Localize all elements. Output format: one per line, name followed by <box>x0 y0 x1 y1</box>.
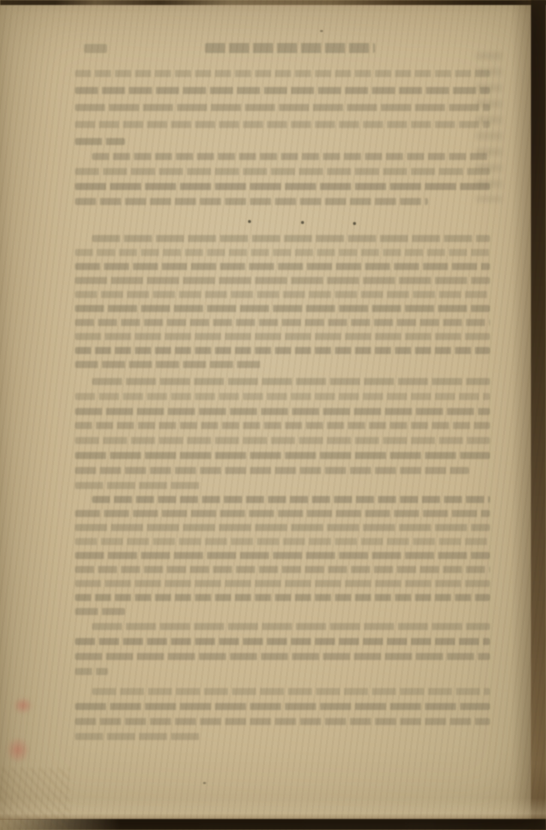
bottom-left-corner-wear <box>0 768 70 830</box>
faded-text-line <box>92 623 490 630</box>
faded-text-line <box>75 138 125 145</box>
faded-text-line <box>75 87 490 94</box>
faded-text-line <box>75 524 490 531</box>
faded-text-line <box>75 277 490 284</box>
red-smudge-mark <box>6 737 30 763</box>
faded-text-line <box>75 580 490 587</box>
faded-text-line <box>75 668 108 675</box>
faded-text-line <box>92 496 490 503</box>
page-right-inner-shadow <box>511 0 533 830</box>
faded-text-line <box>75 718 490 725</box>
faded-text-line <box>75 408 490 415</box>
faded-text-line <box>75 361 262 368</box>
faded-text-line <box>75 510 490 517</box>
red-smudge-mark <box>13 697 33 714</box>
faded-text-line <box>75 452 490 459</box>
page-number-faded <box>84 44 107 53</box>
faded-text-line <box>75 594 490 601</box>
faded-text-line <box>75 319 490 326</box>
scanned-book-page <box>0 0 546 830</box>
faded-text-line <box>75 566 490 573</box>
page-top-edge-shadow <box>0 0 546 5</box>
faded-text-line <box>75 733 200 740</box>
separator-dot <box>301 221 304 224</box>
faded-text-line <box>75 608 125 615</box>
faded-text-line <box>92 378 490 385</box>
faded-text-line <box>75 347 490 354</box>
faded-text-line <box>75 263 490 270</box>
faded-text-line <box>75 104 490 111</box>
faded-text-line <box>75 482 200 489</box>
faded-text-line <box>92 688 490 695</box>
running-title-faded <box>205 43 375 53</box>
dust-speck <box>320 30 323 32</box>
separator-dot <box>248 220 251 223</box>
faded-text-line <box>75 437 490 444</box>
faded-text-line <box>75 422 490 429</box>
faded-text-line <box>75 305 490 312</box>
page-bottom-paper-edge <box>0 798 546 820</box>
faded-text-line <box>75 703 490 710</box>
faded-text-line <box>92 235 490 242</box>
page-bottom-edge-shadow <box>0 819 546 830</box>
faded-text-line <box>75 653 490 660</box>
faded-text-line <box>75 198 428 205</box>
faded-text-line <box>75 168 490 175</box>
book-spine-edge <box>531 0 546 830</box>
separator-dot <box>353 222 356 225</box>
ink-offset-bleed <box>476 52 502 202</box>
faded-text-line <box>75 467 469 474</box>
faded-text-line <box>75 70 490 77</box>
faded-text-line <box>75 291 490 298</box>
faded-text-line <box>75 393 490 400</box>
faded-text-line <box>75 121 490 128</box>
dust-speck <box>203 782 206 784</box>
faded-text-line <box>75 333 490 340</box>
faded-text-line <box>75 538 490 545</box>
faded-text-line <box>75 183 490 190</box>
faded-text-line <box>75 552 490 559</box>
faded-text-line <box>92 153 490 160</box>
faded-text-line <box>75 249 490 256</box>
faded-text-line <box>75 638 490 645</box>
